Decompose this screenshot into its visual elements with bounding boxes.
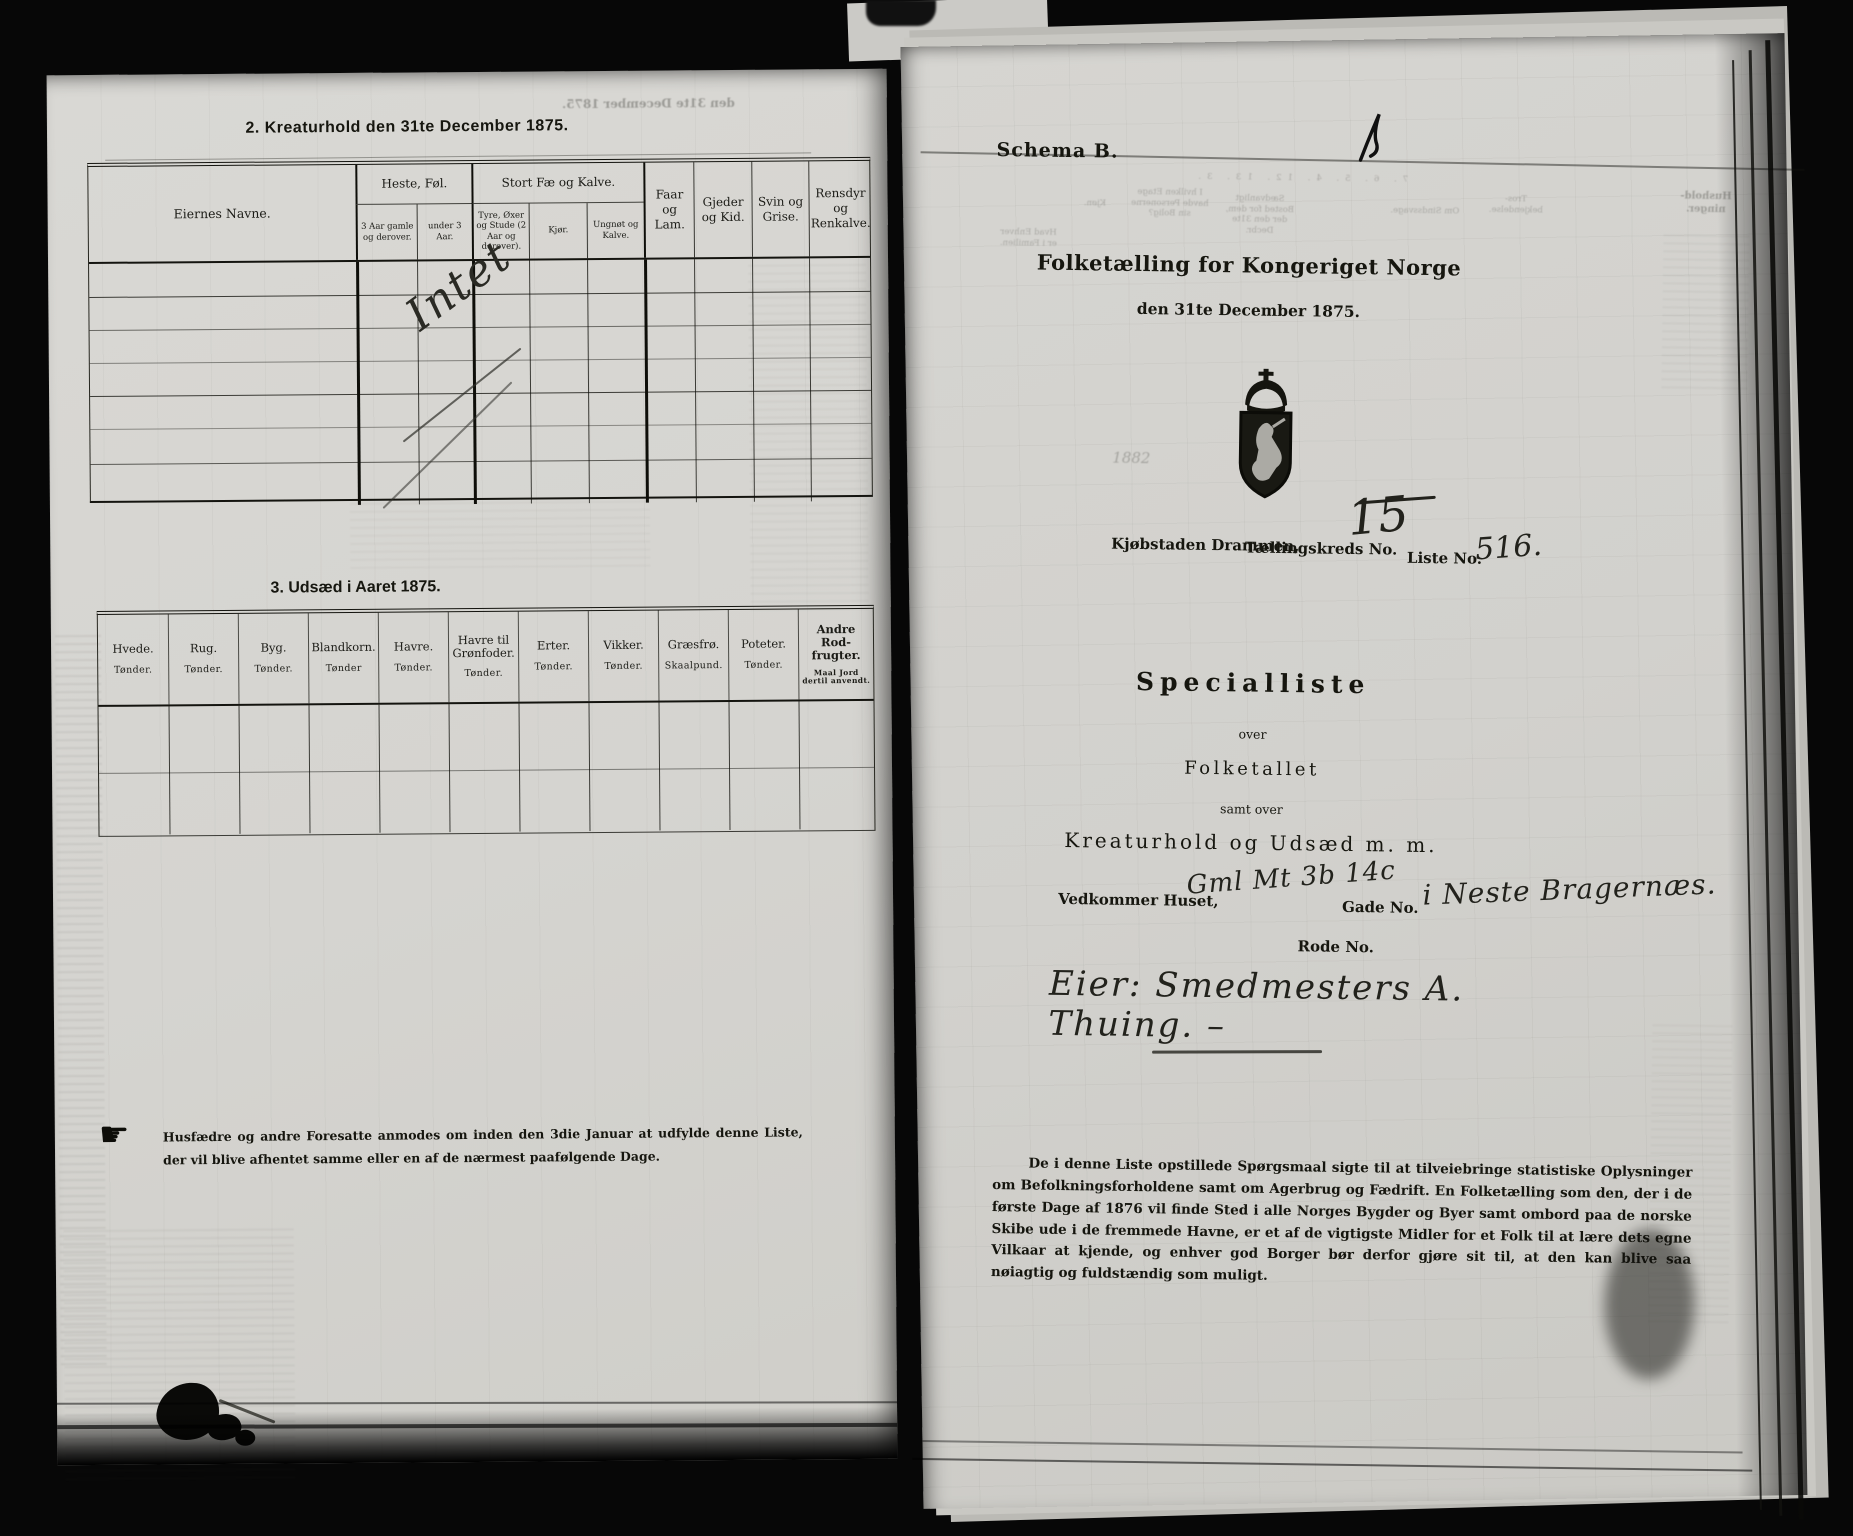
col-eiernes-navne: Eiernes Navne. — [88, 165, 356, 262]
speciallist-heading: Specialliste — [1003, 665, 1503, 701]
col-gjeder-og-kid: Gjeder og Kid. — [693, 162, 752, 257]
archival-scan: den 31te December 1875. 2. Kreaturhold d… — [0, 0, 1853, 1536]
table-line — [99, 767, 874, 774]
footnote-text: Husfædre og andre Foresatte anmodes om i… — [163, 1121, 803, 1171]
rode-label: Rode No. — [1297, 937, 1374, 956]
udsaed-title: 3. Udsæd i Aaret 1875. — [181, 578, 531, 599]
speciallist-samt-over: samt over — [1001, 798, 1501, 820]
census-date: den 31te December 1875. — [988, 297, 1508, 323]
ink-blot — [235, 1430, 255, 1446]
bleed-fragment: Kjøn. — [1070, 198, 1120, 209]
speciallist-kreaturhold: Kreaturhold og Udsæd m. m. — [1001, 827, 1501, 858]
udsaed-col: Andre Rod- frugter.Maal Jord dertil anve… — [798, 609, 874, 700]
street-handwritten: Gml Mt 3b 14c — [1186, 856, 1397, 901]
table-line — [379, 705, 381, 833]
gade-label: Gade No. — [1342, 898, 1419, 917]
udsaed-col: Hvede.Tønder. — [98, 614, 169, 705]
udsaed-col: Erter.Tønder. — [518, 611, 589, 702]
bleed-text-noise — [64, 1228, 296, 1480]
udsaed-col: Blandkorn.Tønder — [308, 613, 379, 704]
table-line — [694, 259, 697, 502]
table-line — [239, 706, 241, 834]
bleed-handwriting-year: 1882 — [1101, 448, 1161, 468]
ink-squiggle — [1352, 108, 1395, 165]
table-line — [309, 705, 311, 833]
table-line — [519, 704, 521, 832]
table-line — [356, 262, 360, 505]
area-handwritten: i Neste Bragernæs. — [1422, 867, 1717, 911]
list-label: Liste No. — [1407, 549, 1482, 568]
table-line — [529, 261, 532, 504]
ink-blot — [204, 1410, 244, 1444]
sub-ungnoet: Ungnøt og Kalve. — [587, 203, 644, 258]
right-page-content: Schema B. 7. 6. 5. 4. 12. 13. 3. Hvad En… — [902, 34, 1806, 1508]
kreaturhold-title: 2. Kreaturhold den 31te December 1875. — [217, 117, 597, 138]
table-line — [449, 704, 451, 832]
bleed-text-noise — [350, 501, 651, 573]
col-faar-og-lam: Faar og Lam. — [643, 162, 694, 257]
page-bottom-edge — [57, 1423, 897, 1429]
table-line — [728, 702, 730, 830]
schema-label: Schema B. — [996, 139, 1118, 163]
udsaed-col: Græsfrø.Skaalpund. — [658, 610, 729, 701]
udsaed-col: Rug.Tønder. — [168, 614, 239, 705]
bleed-fragment: I hvilken Etage havde Personerne sin Bol… — [1128, 187, 1212, 220]
instruction-paragraph: De i denne Liste opstillede Spørgsmaal s… — [991, 1153, 1693, 1294]
dark-smudge — [1604, 1229, 1696, 1380]
speciallist-folketallet: Folketallet — [1002, 755, 1502, 783]
bleed-column-numbers: 7. 6. 5. 4. 12. 13. 3. — [1020, 169, 1580, 187]
group-heste-foel: Heste, Føl. — [355, 164, 471, 205]
owner-handwritten: Eier: Smedmesters A. Thuing. – — [1048, 964, 1589, 1052]
district-number-handwritten: 15 — [1345, 486, 1411, 547]
sub-kjoer: Kjør. — [529, 203, 587, 258]
list-number-handwritten: 516. — [1474, 528, 1543, 568]
table-line — [644, 260, 648, 503]
bleed-mirrored-date: den 31te December 1875. — [545, 96, 735, 111]
col-svin-og-grise: Svin og Grise. — [751, 161, 809, 256]
sheet-tab-smudge — [866, 0, 936, 26]
coat-of-arms — [1232, 368, 1300, 501]
bleed-fragment: Om Sindssvage. — [1390, 205, 1460, 217]
census-title: Folketælling for Kongeriget Norge — [989, 249, 1509, 281]
table-line — [798, 701, 800, 829]
page-bottom-edge — [923, 1440, 1743, 1453]
udsaed-col: Havre til Grønfoder.Tønder. — [448, 612, 519, 703]
page-bottom-edge — [57, 1401, 897, 1404]
table-line — [169, 706, 171, 834]
col-rensdyr: Rensdyr og Renkalve. — [808, 161, 872, 256]
udsaed-col: Byg.Tønder. — [238, 613, 309, 704]
manicule-icon: ☛ — [99, 1115, 130, 1155]
udsaed-table-header: Hvede.Tønder. Rug.Tønder. Byg.Tønder. Bl… — [98, 609, 874, 707]
udsaed-table-body — [99, 701, 875, 835]
bleed-fragment: Hvad Enhver er i Familien. — [995, 227, 1061, 249]
udsaed-col: Havre.Tønder. — [378, 612, 449, 703]
page-bottom-edge — [912, 1458, 1752, 1472]
bleed-fragment: Tros- bekjendelse. — [1480, 194, 1552, 216]
speciallist-over: over — [1002, 723, 1502, 745]
udsaed-table: Hvede.Tønder. Rug.Tønder. Byg.Tønder. Bl… — [97, 605, 876, 837]
udsaed-col: Vikker.Tønder. — [588, 611, 659, 702]
right-page: Schema B. 7. 6. 5. 4. 12. 13. 3. Hvad En… — [901, 33, 1808, 1509]
udsaed-col: Poteter.Tønder. — [728, 609, 799, 700]
table-line — [658, 703, 660, 831]
table-line — [589, 703, 591, 831]
bleed-fragment: Sædvanligt Bosted for dem, der den 31te … — [1219, 193, 1300, 237]
table-line — [587, 260, 590, 503]
left-page: den 31te December 1875. 2. Kreaturhold d… — [47, 69, 898, 1466]
bleed-text-noise — [748, 264, 869, 615]
sub-heste-3aar: 3 Aar gamle og derover. — [356, 204, 417, 259]
group-stort-fae: Stort Fæ og Kalve. — [471, 163, 643, 204]
pen-scratch-line — [1152, 1050, 1322, 1054]
